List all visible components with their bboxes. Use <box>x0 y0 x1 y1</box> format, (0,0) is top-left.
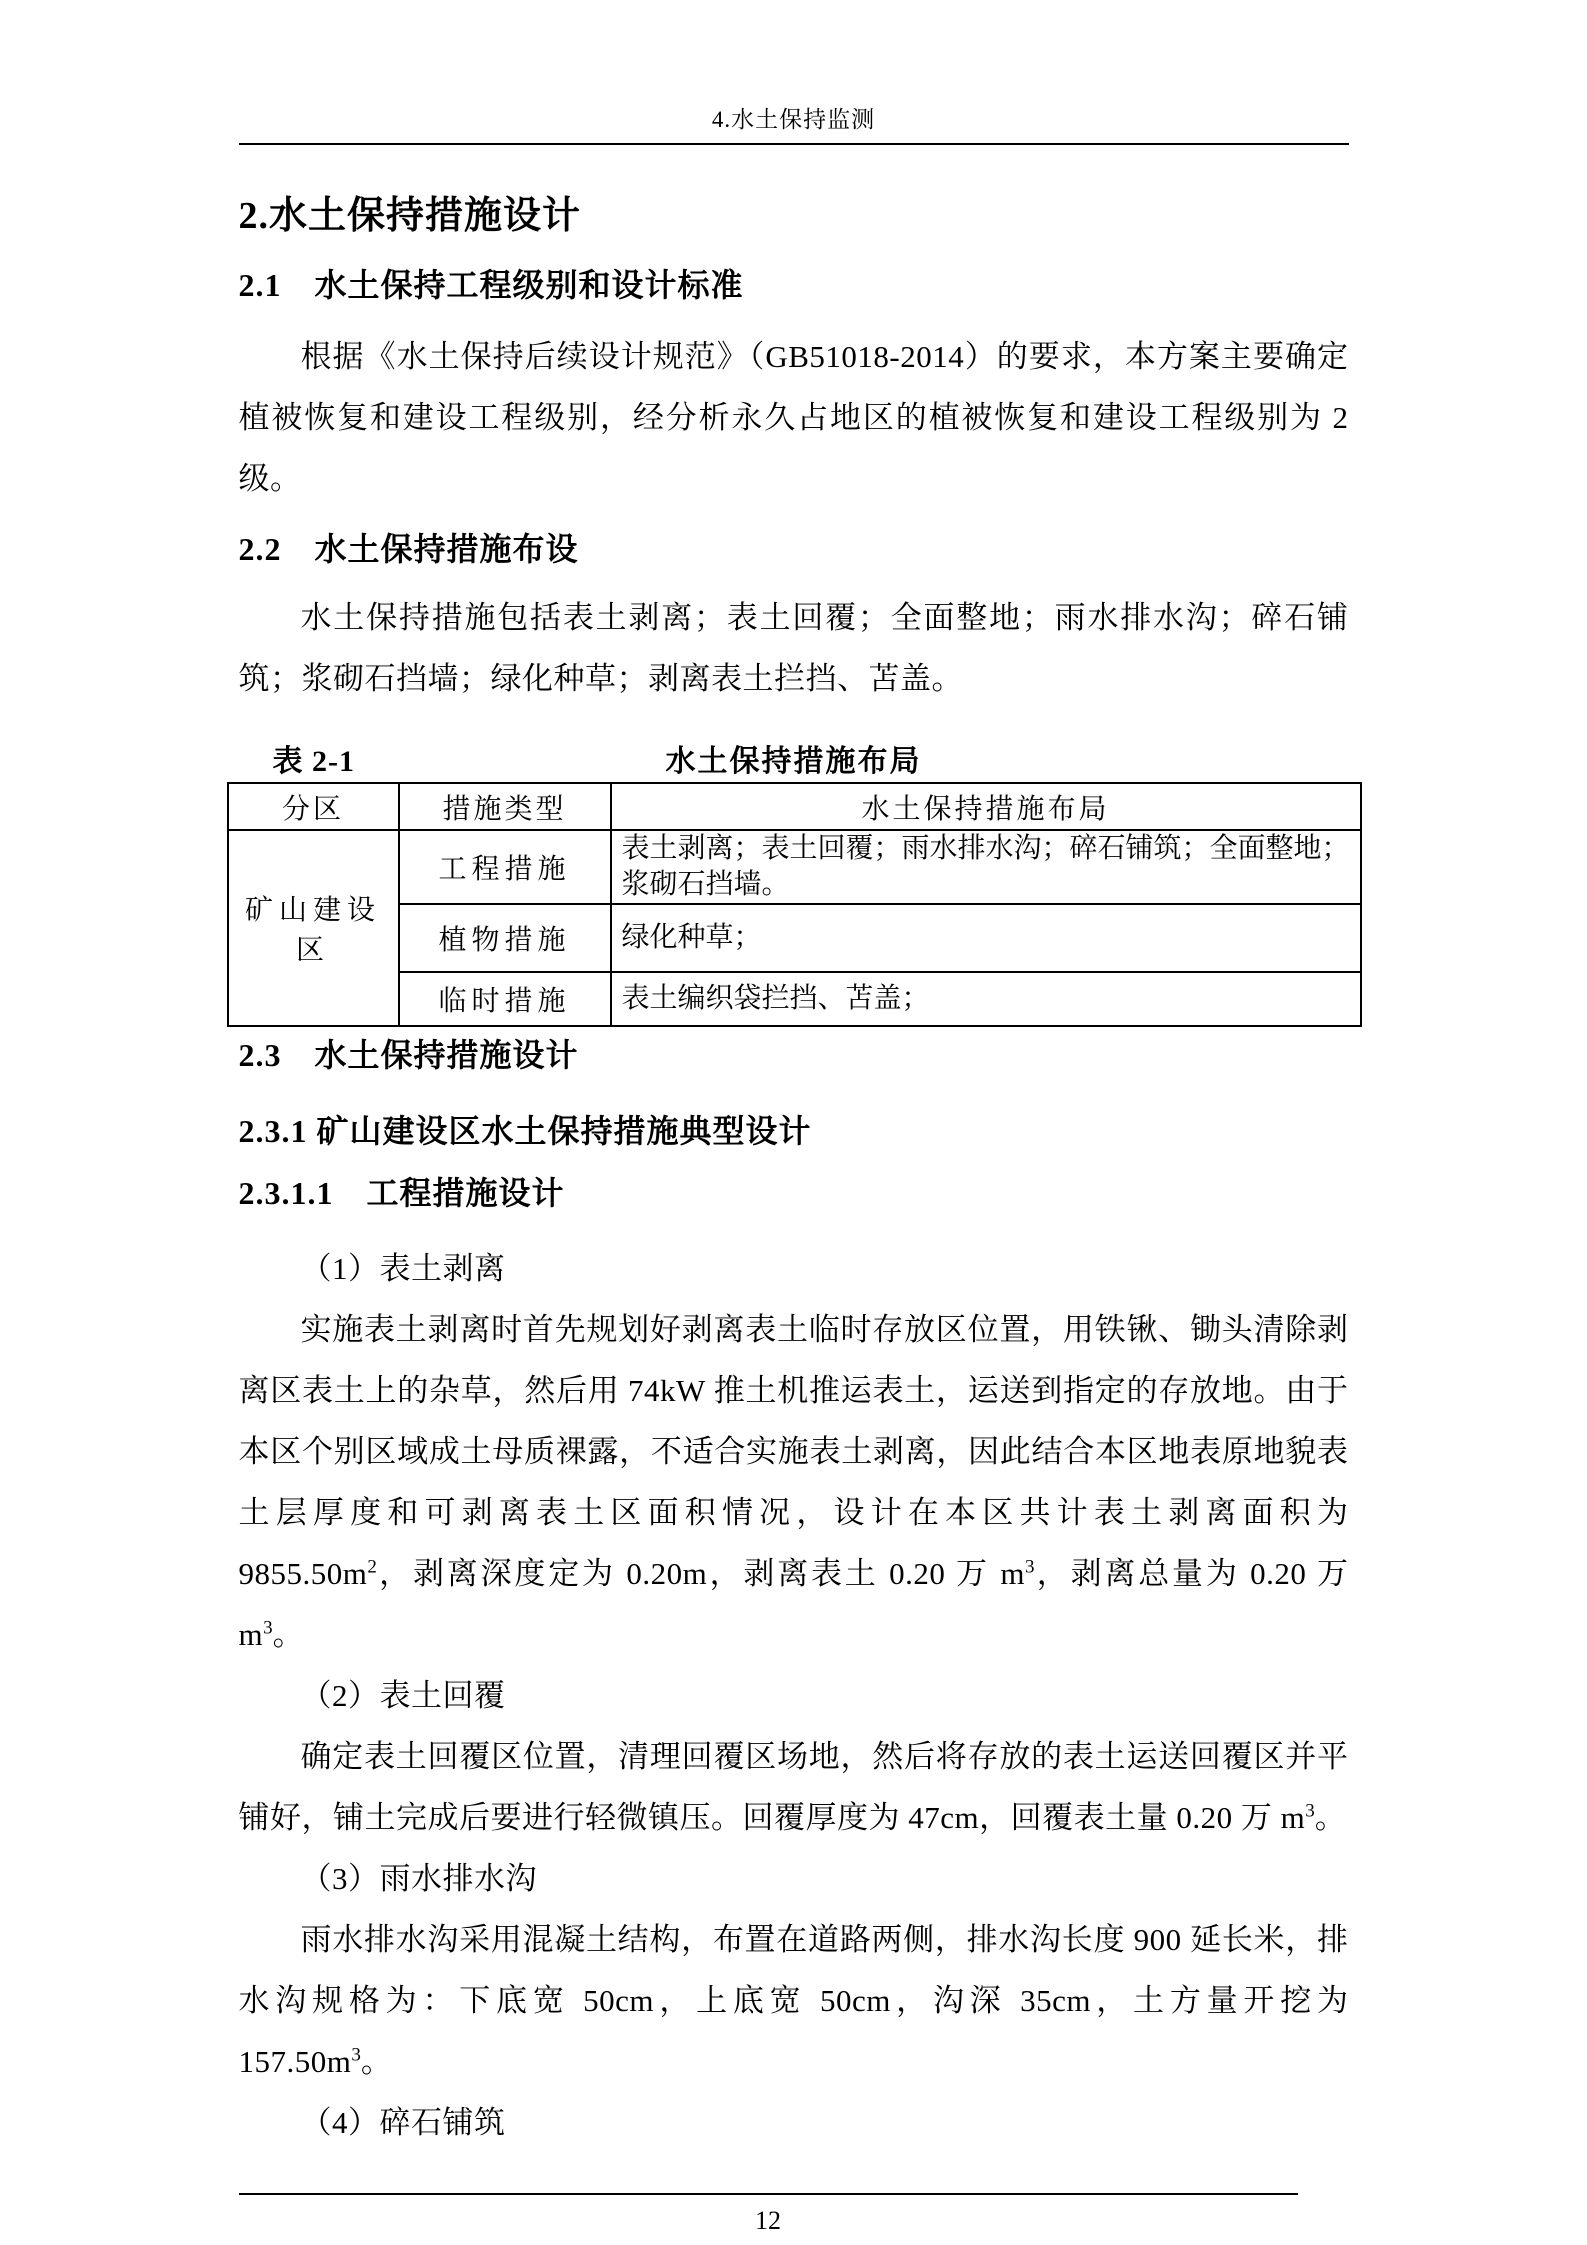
measures-table: 分区 措施类型 水土保持措施布局 矿山建设区 工程措施 表土剥离；表土回覆；雨水… <box>227 782 1362 1027</box>
table-header-row: 分区 措施类型 水土保持措施布局 <box>228 783 1361 830</box>
paragraph-design-standard: 根据《水土保持后续设计规范》（GB51018-2014）的要求，本方案主要确定植… <box>239 326 1349 509</box>
list-item-topsoil-stripping: （1）表土剥离 <box>239 1238 1349 1299</box>
measure-content-cell: 表土编织袋拦挡、苫盖； <box>611 972 1361 1026</box>
col-header-measure-type: 措施类型 <box>399 783 611 830</box>
paragraph-topsoil-recover: 确定表土回覆区位置，清理回覆区场地，然后将存放的表土运送回覆区并平铺好，铺土完成… <box>239 1726 1349 1848</box>
section-2-3-heading: 2.3 水土保持措施设计 <box>239 1035 1349 1075</box>
paragraph-drainage-ditch: 雨水排水沟采用混凝土结构，布置在道路两侧，排水沟长度 900 延长米，排水沟规格… <box>239 1909 1349 2092</box>
design-body: （1）表土剥离 实施表土剥离时首先规划好剥离表土临时存放区位置，用铁锹、锄头清除… <box>239 1238 1349 2153</box>
running-header: 4.水土保持监测 <box>239 0 1349 145</box>
table-caption-title: 水土保持措施布局 <box>666 745 922 778</box>
section-2-3-1-1-heading: 2.3.1.1 工程措施设计 <box>239 1173 1349 1213</box>
page-number: 12 <box>755 2206 781 2235</box>
document-page: 4.水土保持监测 2.水土保持措施设计 2.1 水土保持工程级别和设计标准 根据… <box>0 0 1587 2245</box>
zone-cell: 矿山建设区 <box>228 830 399 1026</box>
list-item-drainage-ditch: （3）雨水排水沟 <box>239 1848 1349 1909</box>
section-2-3-1-heading: 2.3.1 矿山建设区水土保持措施典型设计 <box>239 1111 1349 1151</box>
list-item-topsoil-recover: （2）表土回覆 <box>239 1665 1349 1726</box>
measure-type-cell: 临时措施 <box>399 972 611 1026</box>
page-footer: 12 <box>239 2193 1298 2237</box>
table-caption: 表 2-1 水土保持措施布局 <box>239 742 1349 782</box>
table-row-engineering: 矿山建设区 工程措施 表土剥离；表土回覆；雨水排水沟；碎石铺筑；全面整地；浆砌石… <box>228 830 1361 904</box>
paragraph-topsoil-stripping: 实施表土剥离时首先规划好剥离表土临时存放区位置，用铁锹、锄头清除剥离区表土上的杂… <box>239 1299 1349 1665</box>
section-2-2-heading: 2.2 水土保持措施布设 <box>239 529 1349 569</box>
col-header-layout: 水土保持措施布局 <box>611 783 1361 830</box>
document-content: 4.水土保持监测 2.水土保持措施设计 2.1 水土保持工程级别和设计标准 根据… <box>239 0 1349 2237</box>
chapter-title: 2.水土保持措施设计 <box>239 193 1349 239</box>
col-header-zone: 分区 <box>228 783 399 830</box>
measure-type-cell: 植物措施 <box>399 904 611 972</box>
measure-content-cell: 表土剥离；表土回覆；雨水排水沟；碎石铺筑；全面整地；浆砌石挡墙。 <box>611 830 1361 904</box>
running-header-title: 4.水土保持监测 <box>712 107 875 132</box>
measure-content-cell: 绿化种草； <box>611 904 1361 972</box>
measure-type-cell: 工程措施 <box>399 830 611 904</box>
list-item-gravel-paving: （4）碎石铺筑 <box>239 2092 1349 2153</box>
table-caption-label: 表 2-1 <box>273 742 356 782</box>
paragraph-measures-overview: 水土保持措施包括表土剥离；表土回覆；全面整地；雨水排水沟；碎石铺筑；浆砌石挡墙；… <box>239 587 1349 709</box>
section-2-1-heading: 2.1 水土保持工程级别和设计标准 <box>239 265 1349 305</box>
